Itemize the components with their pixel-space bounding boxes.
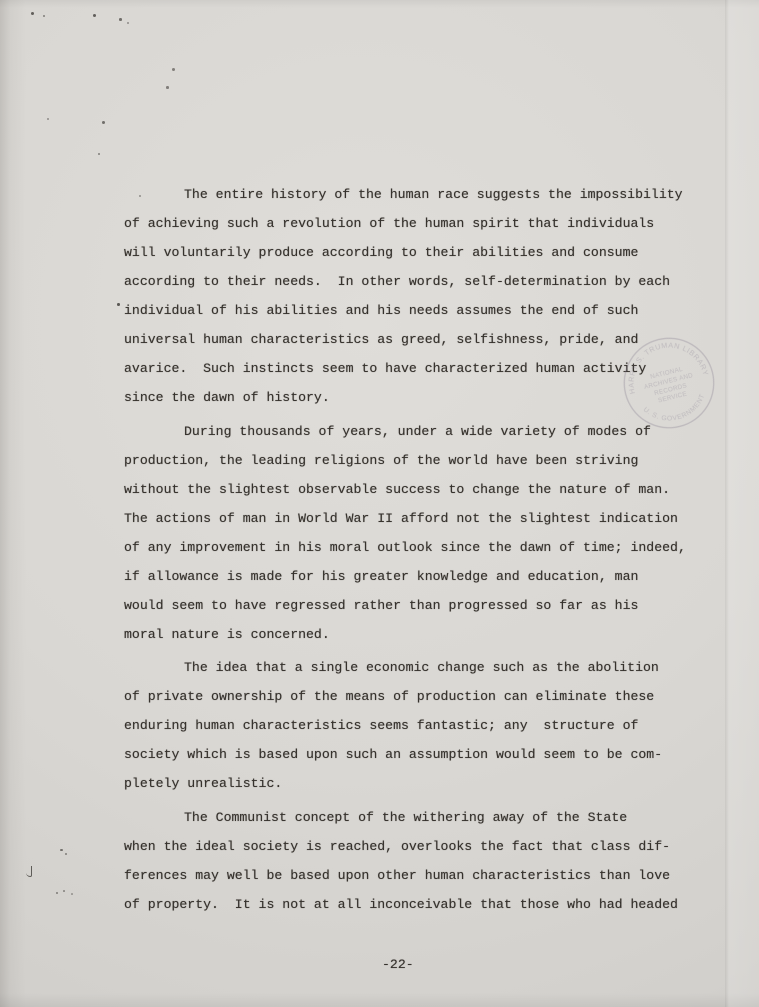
page-number: -22- xyxy=(382,955,414,975)
paper-speckle xyxy=(63,890,65,892)
paper-speckle xyxy=(117,303,120,306)
paper-speckle xyxy=(172,68,175,71)
paragraph-3: The idea that a single economic change s… xyxy=(124,653,724,798)
paper-speckle xyxy=(98,153,100,155)
paper-speckle xyxy=(166,86,169,89)
paper-fold-line xyxy=(725,0,759,1007)
paper-speckle xyxy=(93,14,96,17)
paper-speckle xyxy=(60,849,63,851)
paper-speckle xyxy=(139,195,141,197)
paper-speckle xyxy=(71,893,73,895)
pen-mark-j xyxy=(26,866,32,877)
paper-speckle xyxy=(127,22,129,24)
typewritten-text: The entire history of the human race sug… xyxy=(124,180,724,923)
paragraph-4: The Communist concept of the withering a… xyxy=(124,803,724,919)
scanned-document-page: The entire history of the human race sug… xyxy=(0,0,759,1007)
paragraph-2: During thousands of years, under a wide … xyxy=(124,417,724,649)
paper-speckle xyxy=(56,892,58,894)
paper-speckle xyxy=(119,18,122,21)
paper-speckle xyxy=(43,15,45,17)
paper-speckle xyxy=(47,118,49,120)
paper-speckle xyxy=(65,853,67,855)
paper-speckle xyxy=(102,121,105,124)
paper-speckle xyxy=(31,12,34,15)
